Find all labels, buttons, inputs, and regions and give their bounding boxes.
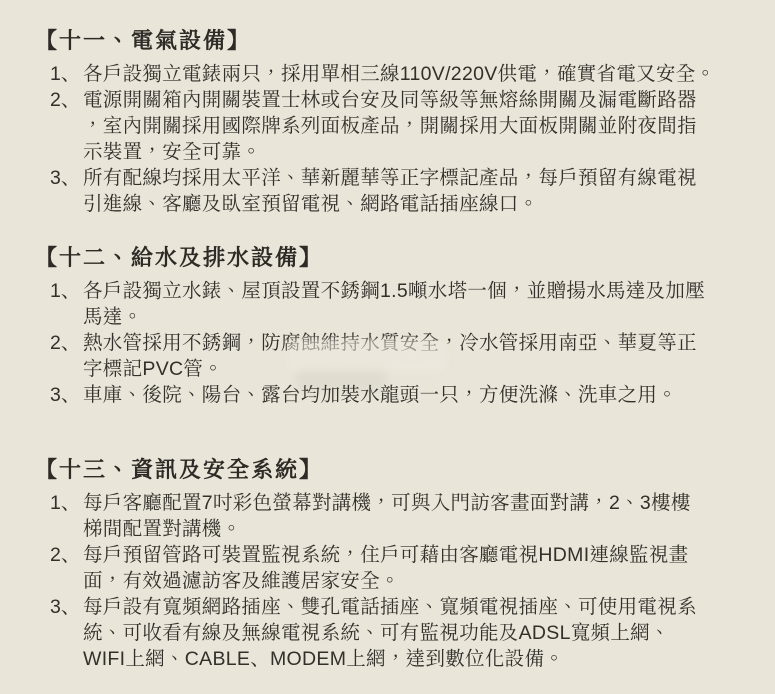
item-text: 各戶設獨立水錶、屋頂設置不銹鋼1.5噸水塔一個，並贈揚水馬達及加壓 馬達。 — [83, 278, 769, 330]
item-number: 1、 — [50, 278, 83, 304]
spec-item: 3、 每戶設有寬頻網路插座、雙孔電話插座、寬頻電視插座、可使用電視系 統、可收看… — [50, 594, 769, 672]
section-info-security-systems: 【十三、資訊及安全系統】 1、 每戶客廳配置7吋彩色螢幕對講機，可與入門訪客畫面… — [0, 455, 775, 672]
spec-item: 1、 各戶設獨立電錶兩只，採用單相三線110V/220V供電，確實省電又安全。 — [50, 61, 769, 87]
item-number: 1、 — [50, 61, 83, 87]
spec-list: 1、 每戶客廳配置7吋彩色螢幕對講機，可與入門訪客畫面對講，2、3樓樓 梯間配置… — [0, 490, 775, 672]
spec-item: 1、 每戶客廳配置7吋彩色螢幕對講機，可與入門訪客畫面對講，2、3樓樓 梯間配置… — [50, 490, 769, 542]
spec-item: 2、 每戶預留管路可裝置監視系統，住戶可藉由客廳電視HDMI連線監視畫 面，有效… — [50, 542, 769, 594]
item-number: 1、 — [50, 490, 83, 516]
section-electrical-equipment: 【十一、電氣設備】 1、 各戶設獨立電錶兩只，採用單相三線110V/220V供電… — [0, 26, 775, 217]
item-text: 每戶設有寬頻網路插座、雙孔電話插座、寬頻電視插座、可使用電視系 統、可收看有線及… — [83, 594, 769, 672]
item-number: 2、 — [50, 87, 83, 113]
section-title: 【十一、電氣設備】 — [0, 26, 775, 56]
item-number: 3、 — [50, 382, 83, 408]
section-title: 【十三、資訊及安全系統】 — [0, 455, 775, 485]
item-text: 各戶設獨立電錶兩只，採用單相三線110V/220V供電，確實省電又安全。 — [83, 61, 769, 87]
item-text: 熱水管採用不銹鋼，防腐蝕維持水質安全，冷水管採用南亞、華夏等正 字標記PVC管。 — [83, 330, 769, 382]
item-number: 2、 — [50, 330, 83, 356]
section-title: 【十二、給水及排水設備】 — [0, 243, 775, 273]
item-text: 電源開關箱內開關裝置士林或台安及同等級等無熔絲開關及漏電斷路器 ，室內開關採用國… — [83, 87, 769, 165]
spec-item: 3、 車庫、後院、陽台、露台均加裝水龍頭一只，方便洗滌、洗車之用。 — [50, 382, 769, 408]
item-text: 所有配線均採用太平洋、華新麗華等正字標記產品，每戶預留有線電視 引進線、客廳及臥… — [83, 165, 769, 217]
item-number: 3、 — [50, 165, 83, 191]
item-number: 3、 — [50, 594, 83, 620]
spec-item: 2、 電源開關箱內開關裝置士林或台安及同等級等無熔絲開關及漏電斷路器 ，室內開關… — [50, 87, 769, 165]
section-water-supply-drainage: 【十二、給水及排水設備】 1、 各戶設獨立水錶、屋頂設置不銹鋼1.5噸水塔一個，… — [0, 243, 775, 408]
item-text: 每戶客廳配置7吋彩色螢幕對講機，可與入門訪客畫面對講，2、3樓樓 梯間配置對講機… — [83, 490, 769, 542]
spec-list: 1、 各戶設獨立水錶、屋頂設置不銹鋼1.5噸水塔一個，並贈揚水馬達及加壓 馬達。… — [0, 278, 775, 408]
item-text: 車庫、後院、陽台、露台均加裝水龍頭一只，方便洗滌、洗車之用。 — [83, 382, 769, 408]
spec-item: 3、 所有配線均採用太平洋、華新麗華等正字標記產品，每戶預留有線電視 引進線、客… — [50, 165, 769, 217]
item-text: 每戶預留管路可裝置監視系統，住戶可藉由客廳電視HDMI連線監視畫 面，有效過濾訪… — [83, 542, 769, 594]
document-content: 【十一、電氣設備】 1、 各戶設獨立電錶兩只，採用單相三線110V/220V供電… — [0, 0, 775, 694]
spec-item: 2、 熱水管採用不銹鋼，防腐蝕維持水質安全，冷水管採用南亞、華夏等正 字標記PV… — [50, 330, 769, 382]
spec-item: 1、 各戶設獨立水錶、屋頂設置不銹鋼1.5噸水塔一個，並贈揚水馬達及加壓 馬達。 — [50, 278, 769, 330]
spec-list: 1、 各戶設獨立電錶兩只，採用單相三線110V/220V供電，確實省電又安全。 … — [0, 61, 775, 217]
item-number: 2、 — [50, 542, 83, 568]
spec-document-page: { "colors": { "background": "#eae6da", "… — [0, 0, 775, 694]
